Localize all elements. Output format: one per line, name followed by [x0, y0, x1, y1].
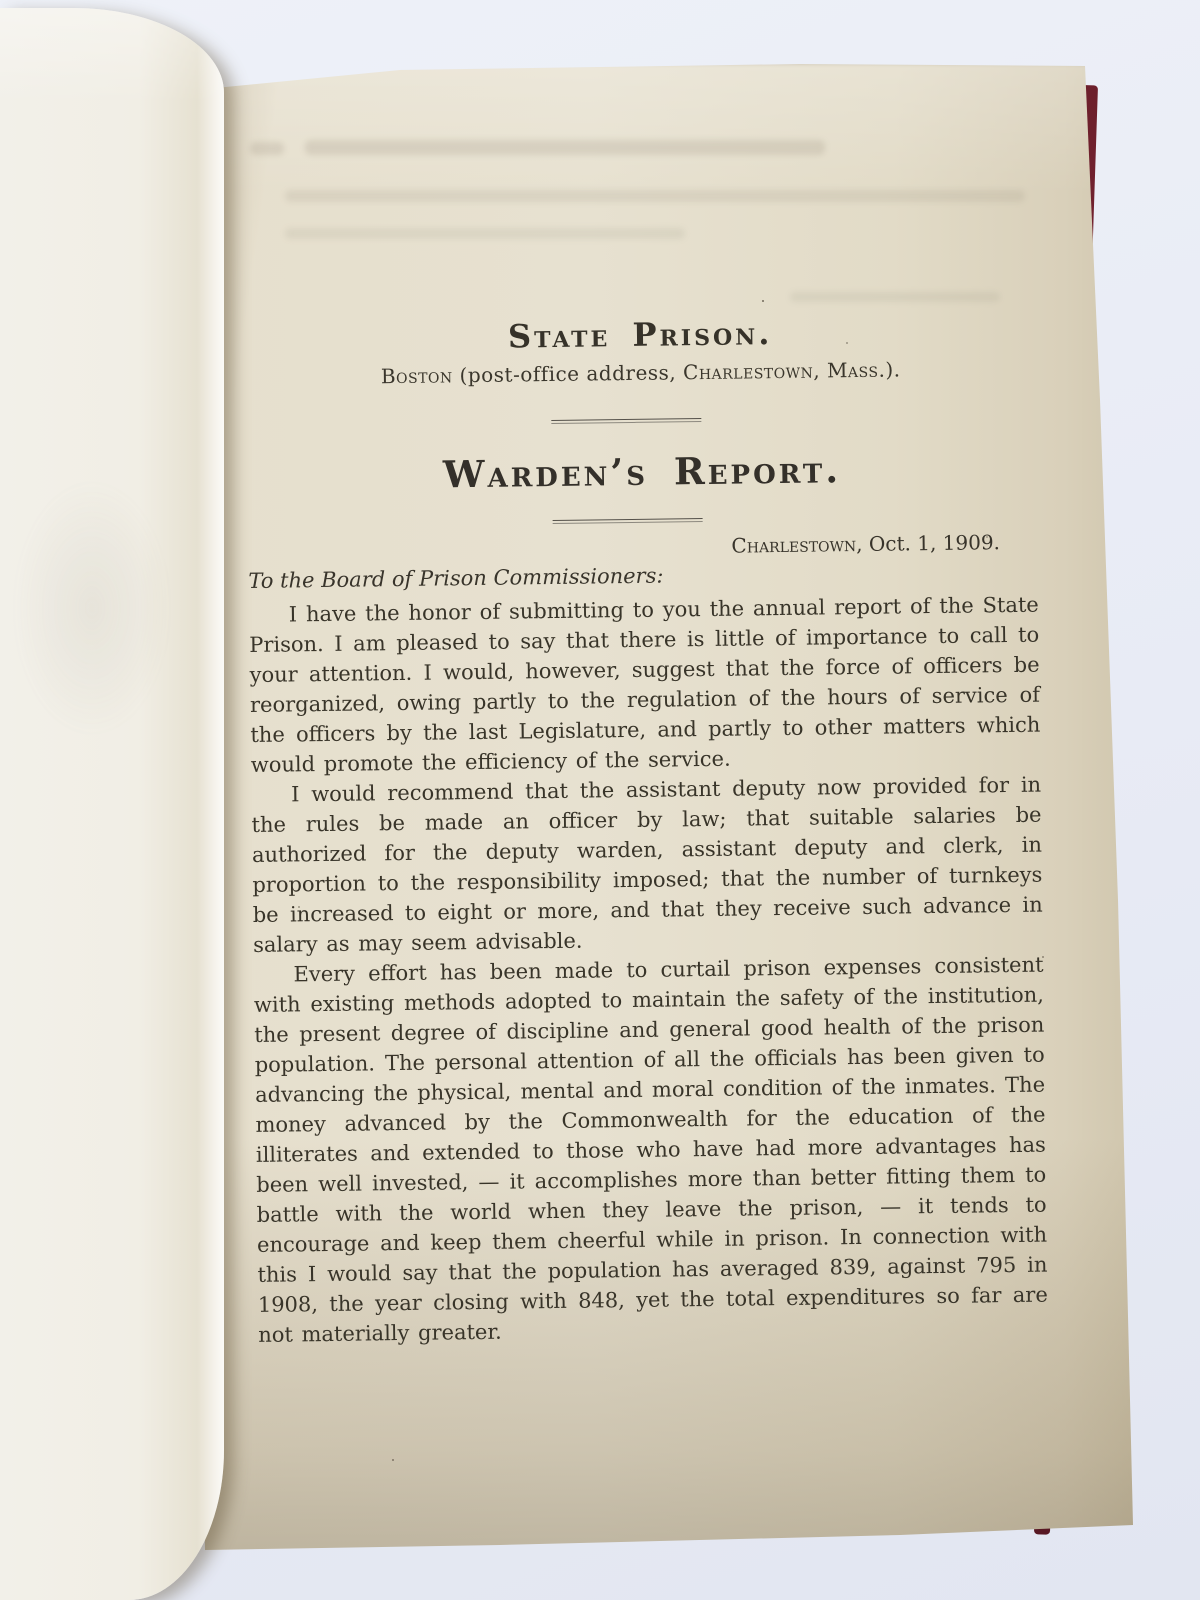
subtitle-place: Boston	[381, 363, 453, 388]
page-subtitle: Boston (post-office address, Charlestown…	[246, 356, 1036, 390]
report-title: Warden’s Report.	[247, 446, 1037, 498]
ghost-showthrough-line	[285, 228, 685, 239]
left-page	[0, 8, 224, 1600]
paragraph-1: I have the honor of submitting to you th…	[249, 590, 1041, 780]
ghost-showthrough-line	[790, 292, 1000, 302]
dust-specks	[0, 0, 2, 2]
dateline-place: Charlestown,	[731, 532, 862, 558]
divider-rule-bottom	[553, 518, 703, 524]
ghost-showthrough-line	[285, 190, 1025, 202]
photo-backdrop: State Prison. Boston (post-office addres…	[0, 0, 1200, 1600]
dateline-date: Oct. 1, 1909.	[862, 530, 1000, 556]
right-page: State Prison. Boston (post-office addres…	[190, 60, 1140, 1555]
divider-rule-top	[551, 418, 701, 424]
subtitle-address: Charlestown, Mass.	[683, 358, 886, 385]
salutation: To the Board of Prison Commissioners:	[248, 558, 1038, 594]
page-title: State Prison.	[245, 312, 1035, 358]
paragraph-3: Every effort has been made to curtail pr…	[253, 950, 1048, 1350]
subtitle-end: ).	[885, 357, 900, 381]
ghost-showthrough-page-number	[250, 142, 284, 155]
ghost-showthrough-line	[305, 140, 825, 155]
paragraph-2: I would recommend that the assistant dep…	[251, 770, 1043, 960]
page-text-block: State Prison. Boston (post-office addres…	[245, 312, 1048, 1350]
report-body: I have the honor of submitting to you th…	[249, 590, 1049, 1350]
subtitle-middle: (post-office address,	[453, 360, 684, 387]
ghost-showthrough-left-page	[12, 478, 172, 738]
